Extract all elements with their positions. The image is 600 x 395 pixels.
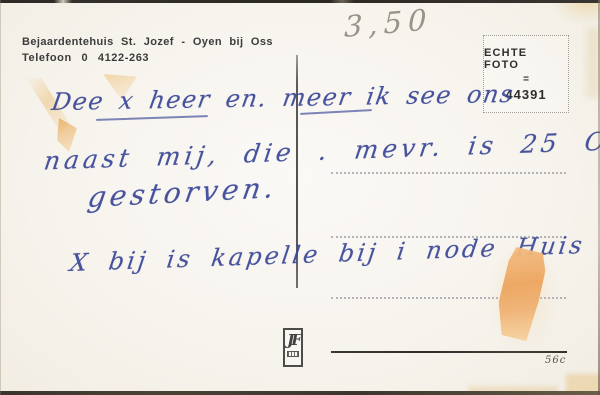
handwriting-line-2: naast mij, die . mevr. is 25 Oct <box>42 125 600 175</box>
scan-edge-bottom <box>0 391 600 395</box>
stain-bottom-right-corner <box>566 374 600 394</box>
pencil-price-note: 3,50 <box>344 2 433 44</box>
printed-header: Bejaardentehuis St. Jozef - Oyen bij Oss… <box>22 36 273 64</box>
serial-number: 56c <box>545 355 566 366</box>
logo-caption-marks <box>287 351 299 357</box>
stamp-equals: = <box>523 74 529 85</box>
handwriting-line-3: gestorven. <box>85 171 280 214</box>
stain-right-edge <box>586 28 600 98</box>
publisher-monogram: JF <box>287 333 299 348</box>
postcard-back: Bejaardentehuis St. Jozef - Oyen bij Oss… <box>0 0 600 395</box>
stamp-title: ECHTE FOTO <box>484 47 568 71</box>
handwriting-line-4: X bij is kapelle bij i node Huis <box>68 231 587 277</box>
handwriting-line-1: Dee x heer en. meer ik see ons <box>50 80 516 116</box>
scan-edge-left <box>0 0 1 395</box>
address-dotted-line-3 <box>331 297 566 299</box>
stain-top-right-corner <box>552 0 600 24</box>
address-solid-line <box>331 351 567 353</box>
scan-edge-top <box>0 0 600 3</box>
telephone-line: Telefoon 0 4122-263 <box>22 52 273 64</box>
ink-underline-1 <box>96 115 208 121</box>
institution-name: Bejaardentehuis St. Jozef - Oyen bij Oss <box>22 36 273 48</box>
stain-bottom-edge <box>468 386 558 395</box>
address-dotted-line-1 <box>331 172 566 174</box>
publisher-logo: JF <box>283 328 303 367</box>
